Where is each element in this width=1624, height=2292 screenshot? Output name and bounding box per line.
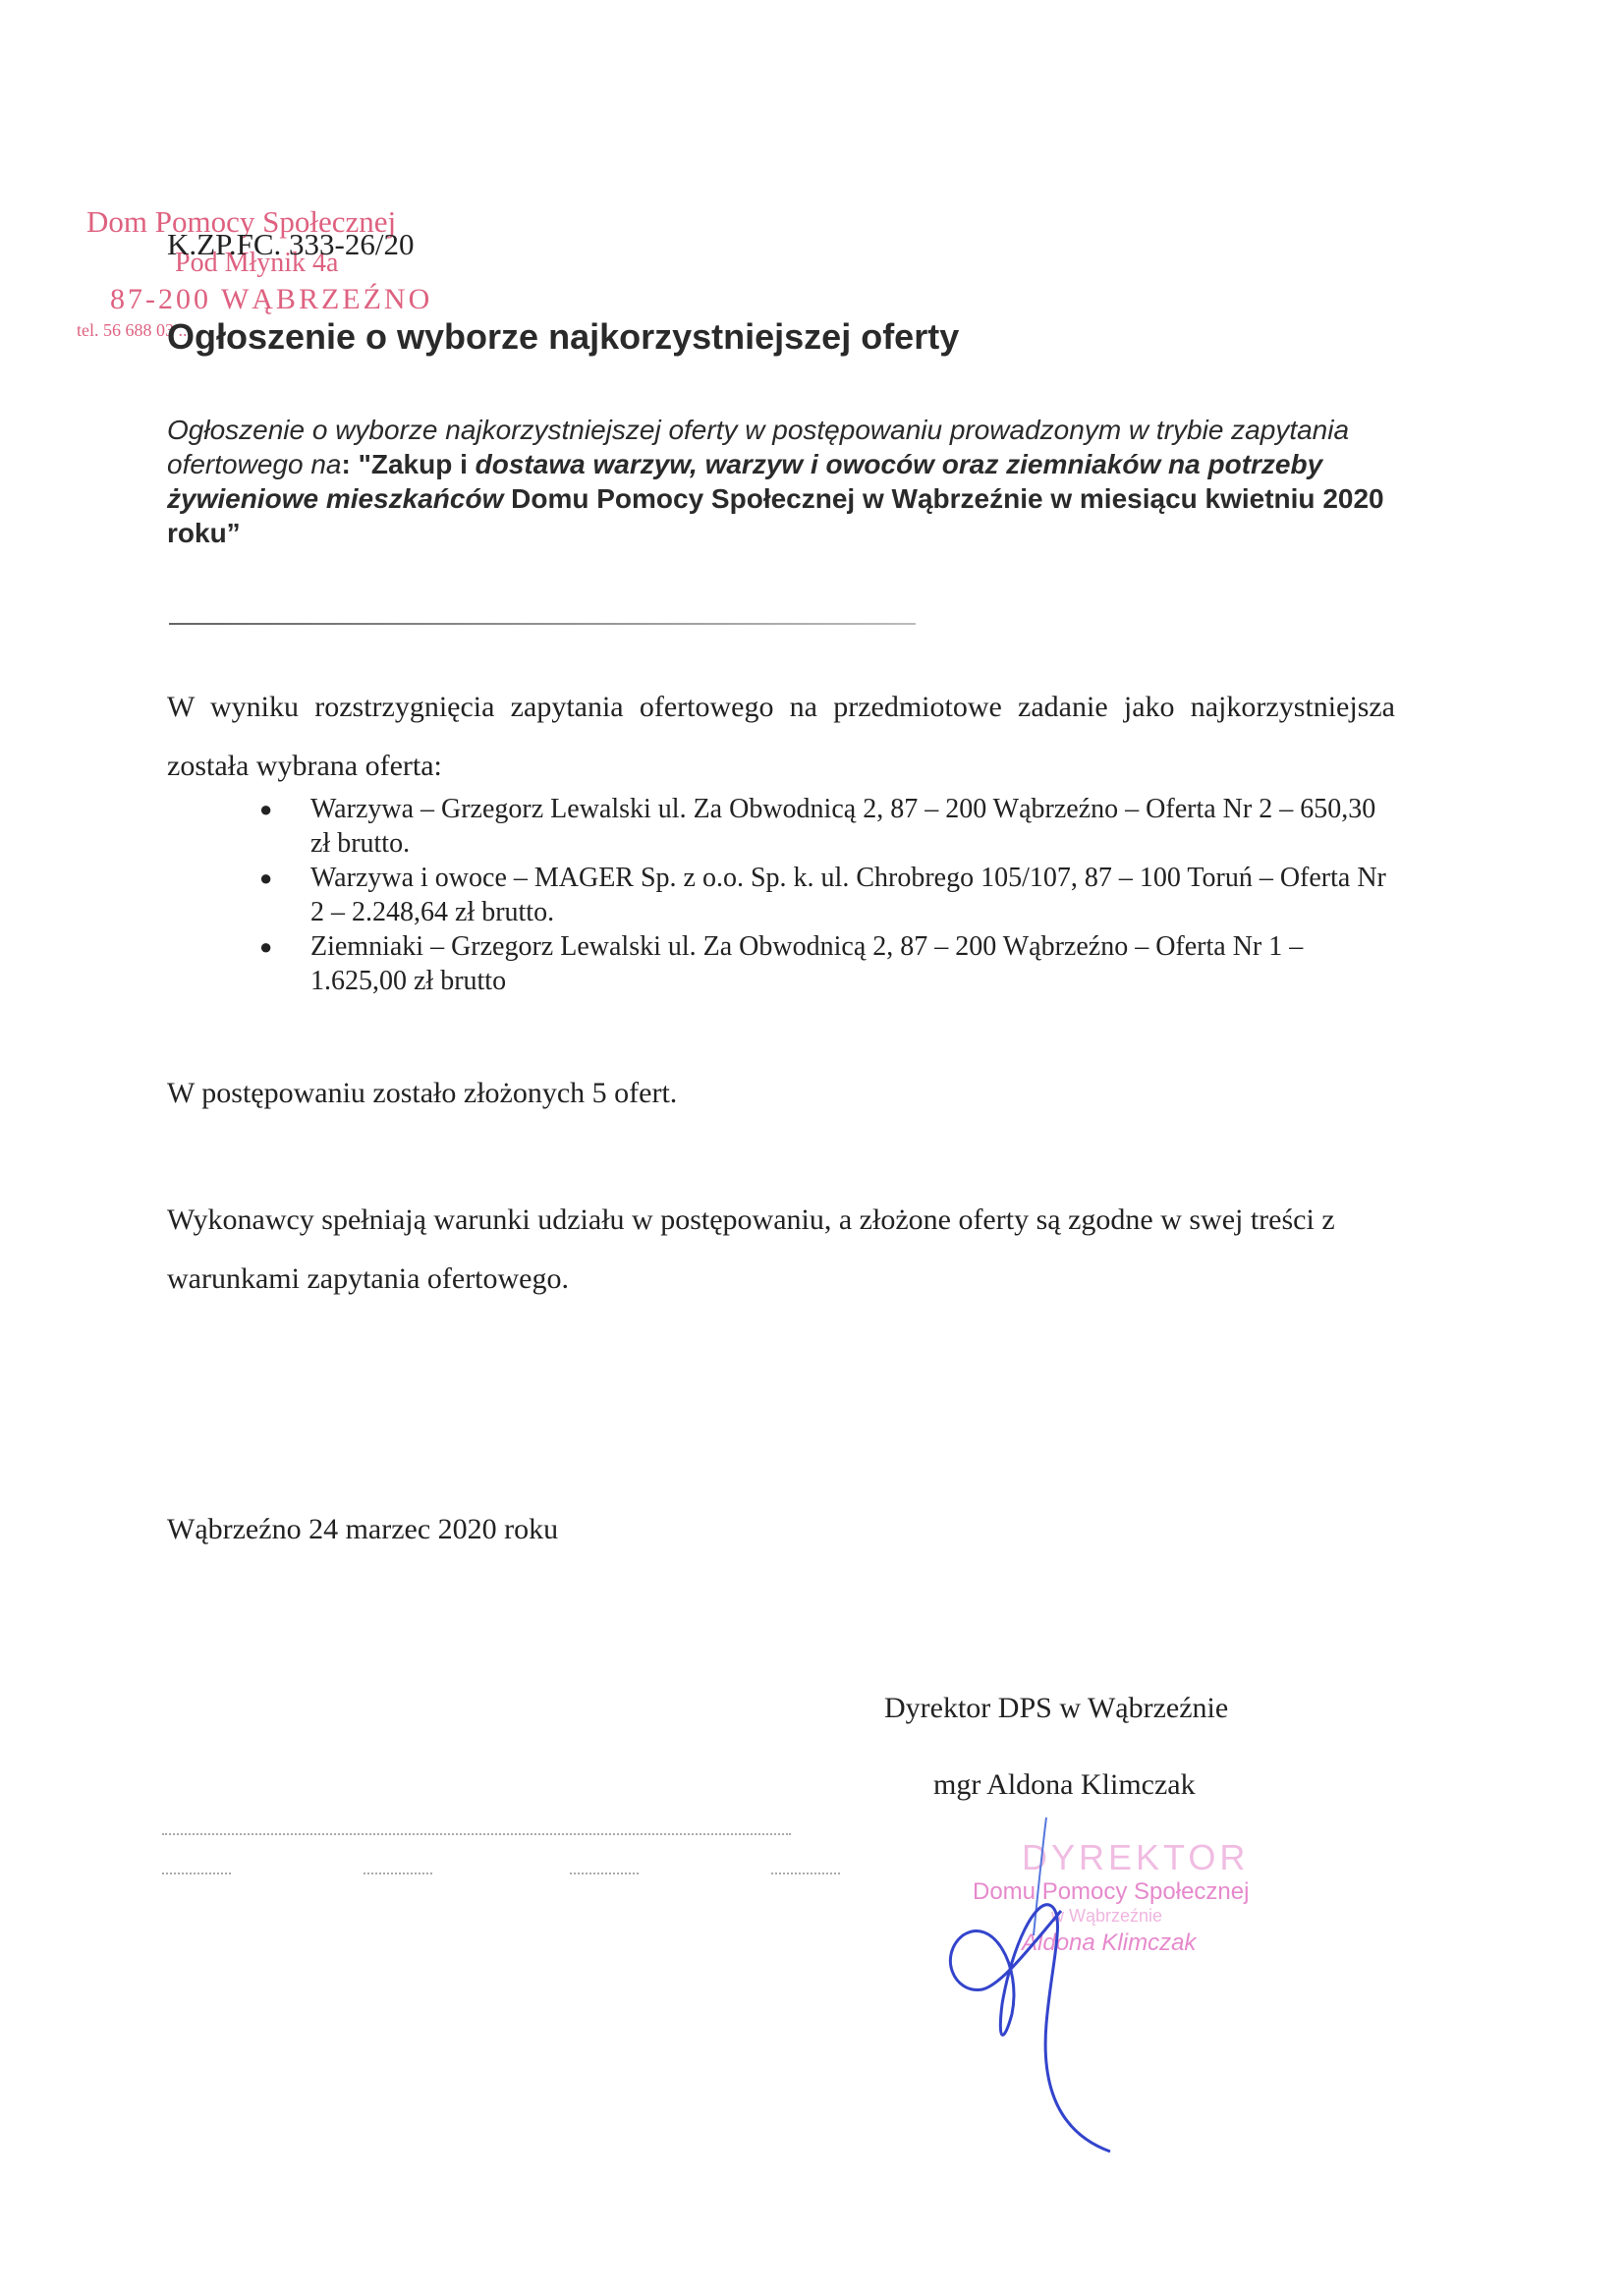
compliance-text: Wykonawcy spełniają warunki udziału w po… bbox=[167, 1191, 1395, 1309]
signature-icon bbox=[943, 1798, 1159, 2171]
reference-number: K.ZP.FC. 333-26/20 bbox=[167, 227, 414, 262]
dotted-line bbox=[364, 1873, 432, 1875]
offer-text: Ziemniaki – Grzegorz Lewalski ul. Za Obw… bbox=[310, 931, 1303, 996]
offers-list: ●Warzywa – Grzegorz Lewalski ul. Za Obwo… bbox=[255, 792, 1395, 998]
institution-stamp-city: 87-200 WĄBRZEŹNO bbox=[110, 283, 432, 316]
offer-text: Warzywa i owoce – MAGER Sp. z o.o. Sp. k… bbox=[310, 863, 1386, 927]
bullet-icon: ● bbox=[259, 792, 272, 826]
place-date: Wąbrzeźno 24 marzec 2020 roku bbox=[167, 1513, 558, 1546]
signatory-name: mgr Aldona Klimczak bbox=[933, 1768, 1196, 1802]
intro-bold-start: "Zakup i bbox=[359, 449, 476, 479]
bullet-icon: ● bbox=[259, 861, 272, 895]
dotted-line bbox=[570, 1873, 639, 1875]
dotted-line bbox=[162, 1833, 791, 1836]
separator-line bbox=[169, 623, 916, 625]
dotted-line bbox=[771, 1873, 840, 1875]
intro-paragraph: Ogłoszenie o wyborze najkorzystniejszej … bbox=[167, 413, 1395, 550]
offer-item: ●Warzywa – Grzegorz Lewalski ul. Za Obwo… bbox=[255, 792, 1395, 861]
intro-colon: : bbox=[341, 449, 358, 479]
result-paragraph: W wyniku rozstrzygnięcia zapytania ofert… bbox=[167, 678, 1395, 796]
signatory-position: Dyrektor DPS w Wąbrzeźnie bbox=[884, 1692, 1228, 1725]
offer-item: ●Warzywa i owoce – MAGER Sp. z o.o. Sp. … bbox=[255, 861, 1395, 929]
document-title: Ogłoszenie o wyborze najkorzystniejszej … bbox=[167, 316, 959, 358]
dotted-line bbox=[162, 1873, 231, 1875]
bullet-icon: ● bbox=[259, 929, 272, 964]
offers-count-text: W postępowaniu zostało złożonych 5 ofert… bbox=[167, 1077, 677, 1110]
offer-text: Warzywa – Grzegorz Lewalski ul. Za Obwod… bbox=[310, 794, 1375, 859]
offer-item: ●Ziemniaki – Grzegorz Lewalski ul. Za Ob… bbox=[255, 929, 1395, 998]
